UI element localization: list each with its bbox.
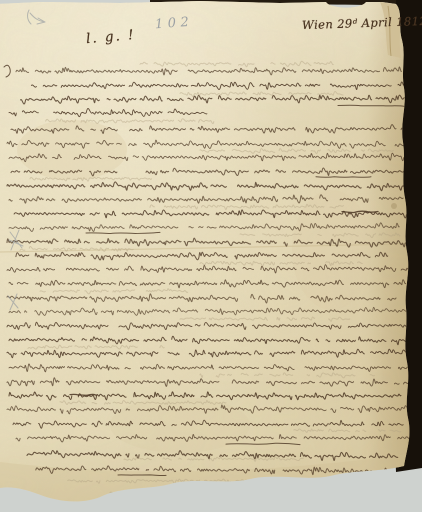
stain xyxy=(292,190,372,310)
archival-page-number: 102 xyxy=(155,15,194,33)
letter-photograph: 102 Wien 29ᵈ April 1812 l. g. ! xyxy=(0,0,422,512)
letter-scene xyxy=(0,0,422,512)
paper-aging-overlays xyxy=(0,0,422,512)
